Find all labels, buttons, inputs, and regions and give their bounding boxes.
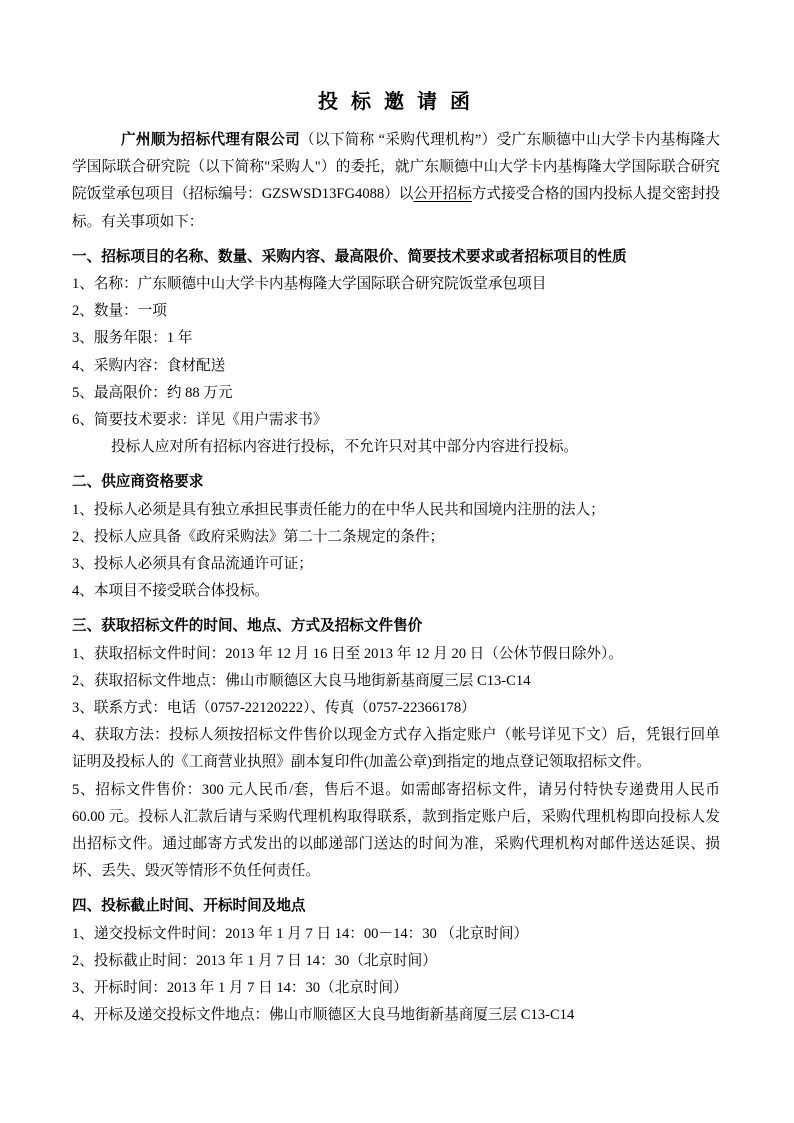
- list-item: 1、投标人必须是具有独立承担民事责任能力的在中华人民共和国境内注册的法人；: [72, 497, 720, 524]
- section-project-info: 一、招标项目的名称、数量、采购内容、最高限价、简要技术要求或者招标项目的性质 1…: [72, 244, 720, 462]
- section-bid-deadline-opening: 四、投标截止时间、开标时间及地点 1、递交投标文件时间：2013 年 1 月 7…: [72, 893, 720, 1029]
- section-note: 投标人应对所有招标内容进行投标，不允许只对其中部分内容进行投标。: [72, 434, 720, 461]
- list-item: 3、服务年限：1 年: [72, 325, 720, 352]
- list-item: 4、获取方法：投标人须按招标文件售价以现金方式存入指定账户（帐号详见下文）后，凭…: [72, 722, 720, 776]
- section-heading: 一、招标项目的名称、数量、采购内容、最高限价、简要技术要求或者招标项目的性质: [72, 244, 720, 271]
- list-item: 6、简要技术要求：详见《用户需求书》: [72, 407, 720, 434]
- list-item: 5、招标文件售价：300 元人民币/套，售后不退。如需邮寄招标文件，请另付特快专…: [72, 777, 720, 886]
- list-item: 4、本项目不接受联合体投标。: [72, 578, 720, 605]
- list-item: 1、递交投标文件时间：2013 年 1 月 7 日 14：00－14：30 （北…: [72, 921, 720, 948]
- list-item: 1、名称：广东顺德中山大学卡内基梅隆大学国际联合研究院饭堂承包项目: [72, 271, 720, 298]
- list-item: 4、开标及递交投标文件地点：佛山市顺德区大良马地街新基商厦三层 C13-C14: [72, 1002, 720, 1029]
- list-item: 3、联系方式：电话（0757-22120222）、传真（0757-2236617…: [72, 695, 720, 722]
- list-item: 3、开标时间：2013 年 1 月 7 日 14：30（北京时间）: [72, 975, 720, 1002]
- list-item: 2、数量：一项: [72, 298, 720, 325]
- section-heading: 二、供应商资格要求: [72, 469, 720, 496]
- list-item: 2、投标人应具备《政府采购法》第二十二条规定的条件；: [72, 524, 720, 551]
- document-title: 投 标 邀 请 函: [72, 90, 720, 114]
- list-item: 2、投标截止时间：2013 年 1 月 7 日 14：30（北京时间）: [72, 948, 720, 975]
- list-item: 3、投标人必须具有食品流通许可证；: [72, 551, 720, 578]
- section-heading: 四、投标截止时间、开标时间及地点: [72, 893, 720, 920]
- section-supplier-qualification: 二、供应商资格要求 1、投标人必须是具有独立承担民事责任能力的在中华人民共和国境…: [72, 469, 720, 605]
- list-item: 5、最高限价：约 88 万元: [72, 380, 720, 407]
- underlined-term: 公开招标: [413, 186, 471, 202]
- document-page: 投 标 邀 请 函 广州顺为招标代理有限公司（以下简称 “采购代理机构”）受广东…: [0, 0, 794, 1123]
- agency-name: 广州顺为招标代理有限公司: [121, 132, 300, 148]
- list-item: 1、获取招标文件时间：2013 年 12 月 16 日至 2013 年 12 月…: [72, 641, 720, 668]
- section-document-acquisition: 三、获取招标文件的时间、地点、方式及招标文件售价 1、获取招标文件时间：2013…: [72, 613, 720, 885]
- list-item: 4、采购内容：食材配送: [72, 353, 720, 380]
- intro-paragraph: 广州顺为招标代理有限公司（以下简称 “采购代理机构”）受广东顺德中山大学卡内基梅…: [72, 127, 720, 236]
- section-heading: 三、获取招标文件的时间、地点、方式及招标文件售价: [72, 613, 720, 640]
- list-item: 2、获取招标文件地点：佛山市顺德区大良马地街新基商厦三层 C13-C14: [72, 668, 720, 695]
